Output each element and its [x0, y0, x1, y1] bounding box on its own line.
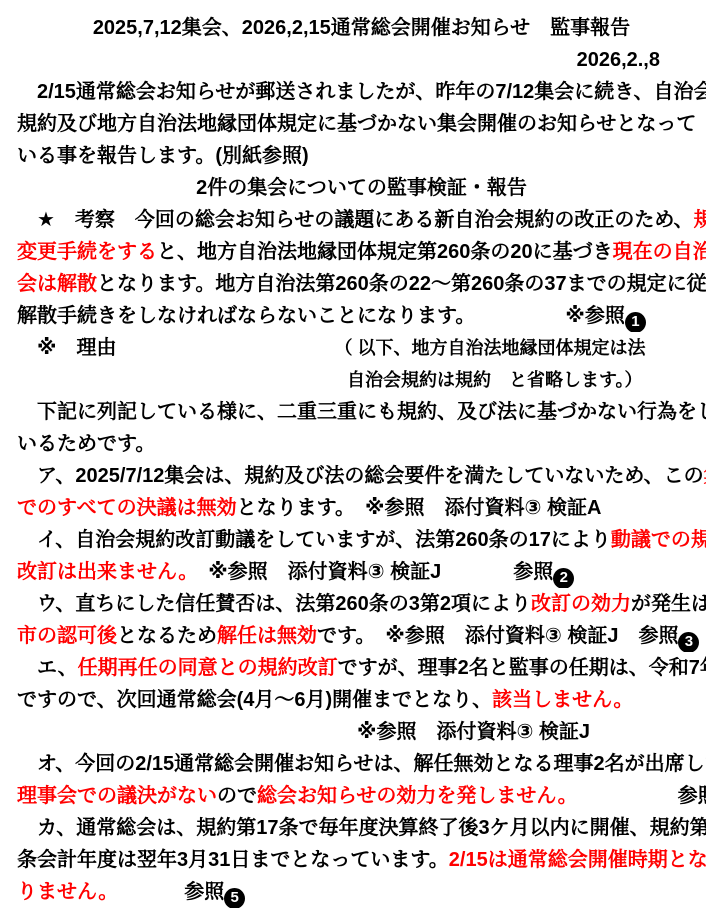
document-date: 2026,2.,8: [17, 44, 706, 76]
highlighted-text: 改訂は出来ません。: [17, 561, 188, 583]
document-line: 自治会規約は規約 と省略します。）: [17, 364, 706, 396]
highlighted-text: 市の認可後: [17, 625, 117, 647]
text-segment: 参照: [184, 881, 224, 903]
text-segment: 2/15通常総会お知らせが郵送されましたが、昨年の7/12集会に続き、自治会: [17, 81, 706, 103]
text-segment: 自治会規約は規約 と省略します。）: [347, 370, 643, 390]
text-segment: 参照: [513, 561, 553, 583]
document-line: カ、通常総会は、規約第17条で毎年度決算終了後3ケ月以内に開催、規約第35: [17, 812, 706, 844]
highlighted-text: 該当しません。: [492, 689, 633, 711]
document-line: ウ、直ちにした信任賛否は、法第260条の3第2項により改訂の効力が発生は、: [17, 588, 706, 620]
document-line: 下記に列記している様に、二重三重にも規約、及び法に基づかない行為をして: [17, 396, 706, 428]
text-segment: となるため: [117, 625, 217, 647]
document-line: 2/15通常総会お知らせが郵送されましたが、昨年の7/12集会に続き、自治会: [17, 76, 706, 108]
text-segment: オ、今回の2/15通常総会開催お知らせは、解任無効となる理事2名が出席した: [17, 753, 706, 775]
text-segment: ウ、直ちにした信任賛否は、法第260条の3第2項により: [17, 593, 531, 615]
document-line: ですので、次回通常総会(4月～6月)開催までとなり、該当しません。: [17, 684, 706, 716]
text-segment: カ、通常総会は、規約第17条で毎年度決算終了後3ケ月以内に開催、規約第35: [17, 817, 706, 839]
document-line: イ、自治会規約改訂動議をしていますが、法第260条の17により動議での規約: [17, 524, 706, 556]
text-segment: いるためです。: [17, 433, 155, 455]
spacer: [475, 321, 565, 322]
spacer: [118, 897, 184, 898]
text-segment: ア、2025/7/12集会は、規約及び法の総会要件を満たしていないため、この: [17, 465, 704, 487]
text-segment: ので: [217, 785, 257, 807]
text-segment: となります。 ※参照 添付資料③ 検証A: [237, 497, 602, 519]
text-segment: ※参照 添付資料③ 検証J: [188, 561, 441, 583]
document-line: 規約及び地方自治法地縁団体規定に基づかない集会開催のお知らせとなって: [17, 108, 706, 140]
document-line: 会は解散となります。地方自治法第260条の22～第260条の37までの規定に従い: [17, 268, 706, 300]
highlighted-text: 改訂の効力: [531, 593, 631, 615]
document-line: 変更手続をすると、地方自治法地縁団体規定第260条の20に基づき現在の自治: [17, 236, 706, 268]
document-line: ※参照 添付資料③ 検証J: [17, 716, 706, 748]
document-line: ※ 理由（ 以下、地方自治法地縁団体規定は法: [17, 332, 706, 364]
document-line: 改訂は出来ません。 ※参照 添付資料③ 検証J参照2: [17, 556, 706, 588]
text-segment: エ、: [17, 657, 78, 679]
text-segment: 規約及び地方自治法地縁団体規定に基づかない集会開催のお知らせとなって: [17, 113, 696, 135]
document-line: いる事を報告します。(別紙参照): [17, 140, 706, 172]
document-line: でのすべての決議は無効となります。 ※参照 添付資料③ 検証A: [17, 492, 706, 524]
text-segment: 2件の集会についての監事検証・報告: [196, 177, 527, 199]
spacer: [441, 577, 513, 578]
document-line: ア、2025/7/12集会は、規約及び法の総会要件を満たしていないため、この集会: [17, 460, 706, 492]
document-line: 条会計年度は翌年3月31日までとなっています。2/15は通常総会開催時期とな: [17, 844, 706, 876]
highlighted-text: 集会: [704, 465, 706, 487]
reference-number-badge: 3: [678, 632, 699, 653]
text-segment: いる事を報告します。(別紙参照): [17, 145, 309, 167]
spacer: [17, 737, 357, 738]
document-line: 2件の集会についての監事検証・報告: [17, 172, 706, 204]
text-segment: ですが、理事2名と監事の任期は、令和7年度: [338, 657, 706, 679]
document-line: ★ 考察 今回の総会お知らせの議題にある新自治会規約の改正のため、規約: [17, 204, 706, 236]
spacer: [116, 353, 334, 354]
document-line: いるためです。: [17, 428, 706, 460]
highlighted-text: 解任は無効: [217, 625, 317, 647]
highlighted-text: 会は解散: [17, 273, 97, 295]
highlighted-text: 規約: [694, 209, 706, 231]
spacer: [578, 801, 678, 802]
highlighted-text: 2/15は通常総会開催時期とな: [449, 849, 706, 871]
document-line: 理事会での議決がないので総会お知らせの効力を発しません。参照4: [17, 780, 706, 812]
text-segment: と、地方自治法地縁団体規定第260条の20に基づき: [157, 241, 613, 263]
highlighted-text: りません。: [17, 881, 118, 903]
text-segment: ※ 理由: [17, 337, 116, 359]
reference-number-badge: 2: [553, 568, 574, 589]
text-segment: ※参照 添付資料③ 検証J: [357, 721, 590, 743]
text-segment: 解散手続きをしなければならないことになります。: [17, 305, 475, 327]
reference-number-badge: 5: [224, 888, 245, 909]
highlighted-text: でのすべての決議は無効: [17, 497, 237, 519]
text-segment: ★ 考察 今回の総会お知らせの議題にある新自治会規約の改正のため、: [17, 209, 694, 231]
text-segment: となります。地方自治法第260条の22～第260条の37までの規定に従い: [97, 273, 706, 295]
text-segment: 参照: [678, 785, 706, 807]
document-line: りません。参照5: [17, 876, 706, 908]
highlighted-text: 変更手続をする: [17, 241, 157, 263]
highlighted-text: 現在の自治: [613, 241, 706, 263]
highlighted-text: 動議での規約: [611, 529, 706, 551]
document-line: エ、任期再任の同意との規約改訂ですが、理事2名と監事の任期は、令和7年度: [17, 652, 706, 684]
spacer: [17, 385, 347, 386]
reference-number-badge: 1: [625, 312, 646, 333]
document-body: 2/15通常総会お知らせが郵送されましたが、昨年の7/12集会に続き、自治会規約…: [17, 76, 706, 908]
highlighted-text: 理事会での議決がない: [17, 785, 217, 807]
document-line: オ、今回の2/15通常総会開催お知らせは、解任無効となる理事2名が出席した: [17, 748, 706, 780]
text-segment: イ、自治会規約改訂動議をしていますが、法第260条の17により: [17, 529, 611, 551]
text-segment: 条会計年度は翌年3月31日までとなっています。: [17, 849, 449, 871]
highlighted-text: 総会お知らせの効力を発しません。: [257, 785, 578, 807]
text-segment: が発生は、: [631, 593, 706, 615]
text-segment: ですので、次回通常総会(4月～6月)開催までとなり、: [17, 689, 492, 711]
document-title: 2025,7,12集会、2026,2,15通常総会開催お知らせ 監事報告: [17, 12, 706, 44]
text-segment: 下記に列記している様に、二重三重にも規約、及び法に基づかない行為をして: [17, 401, 706, 423]
text-segment: （ 以下、地方自治法地縁団体規定は法: [334, 338, 645, 358]
text-segment: です。 ※参照 添付資料③ 検証J 参照: [317, 625, 678, 647]
document-line: 市の認可後となるため解任は無効です。 ※参照 添付資料③ 検証J 参照3: [17, 620, 706, 652]
highlighted-text: 任期再任の同意との規約改訂: [78, 657, 338, 679]
document-page: 2025,7,12集会、2026,2,15通常総会開催お知らせ 監事報告 202…: [0, 0, 724, 919]
document-line: 解散手続きをしなければならないことになります。※参照1: [17, 300, 706, 332]
text-segment: ※参照: [565, 305, 624, 327]
